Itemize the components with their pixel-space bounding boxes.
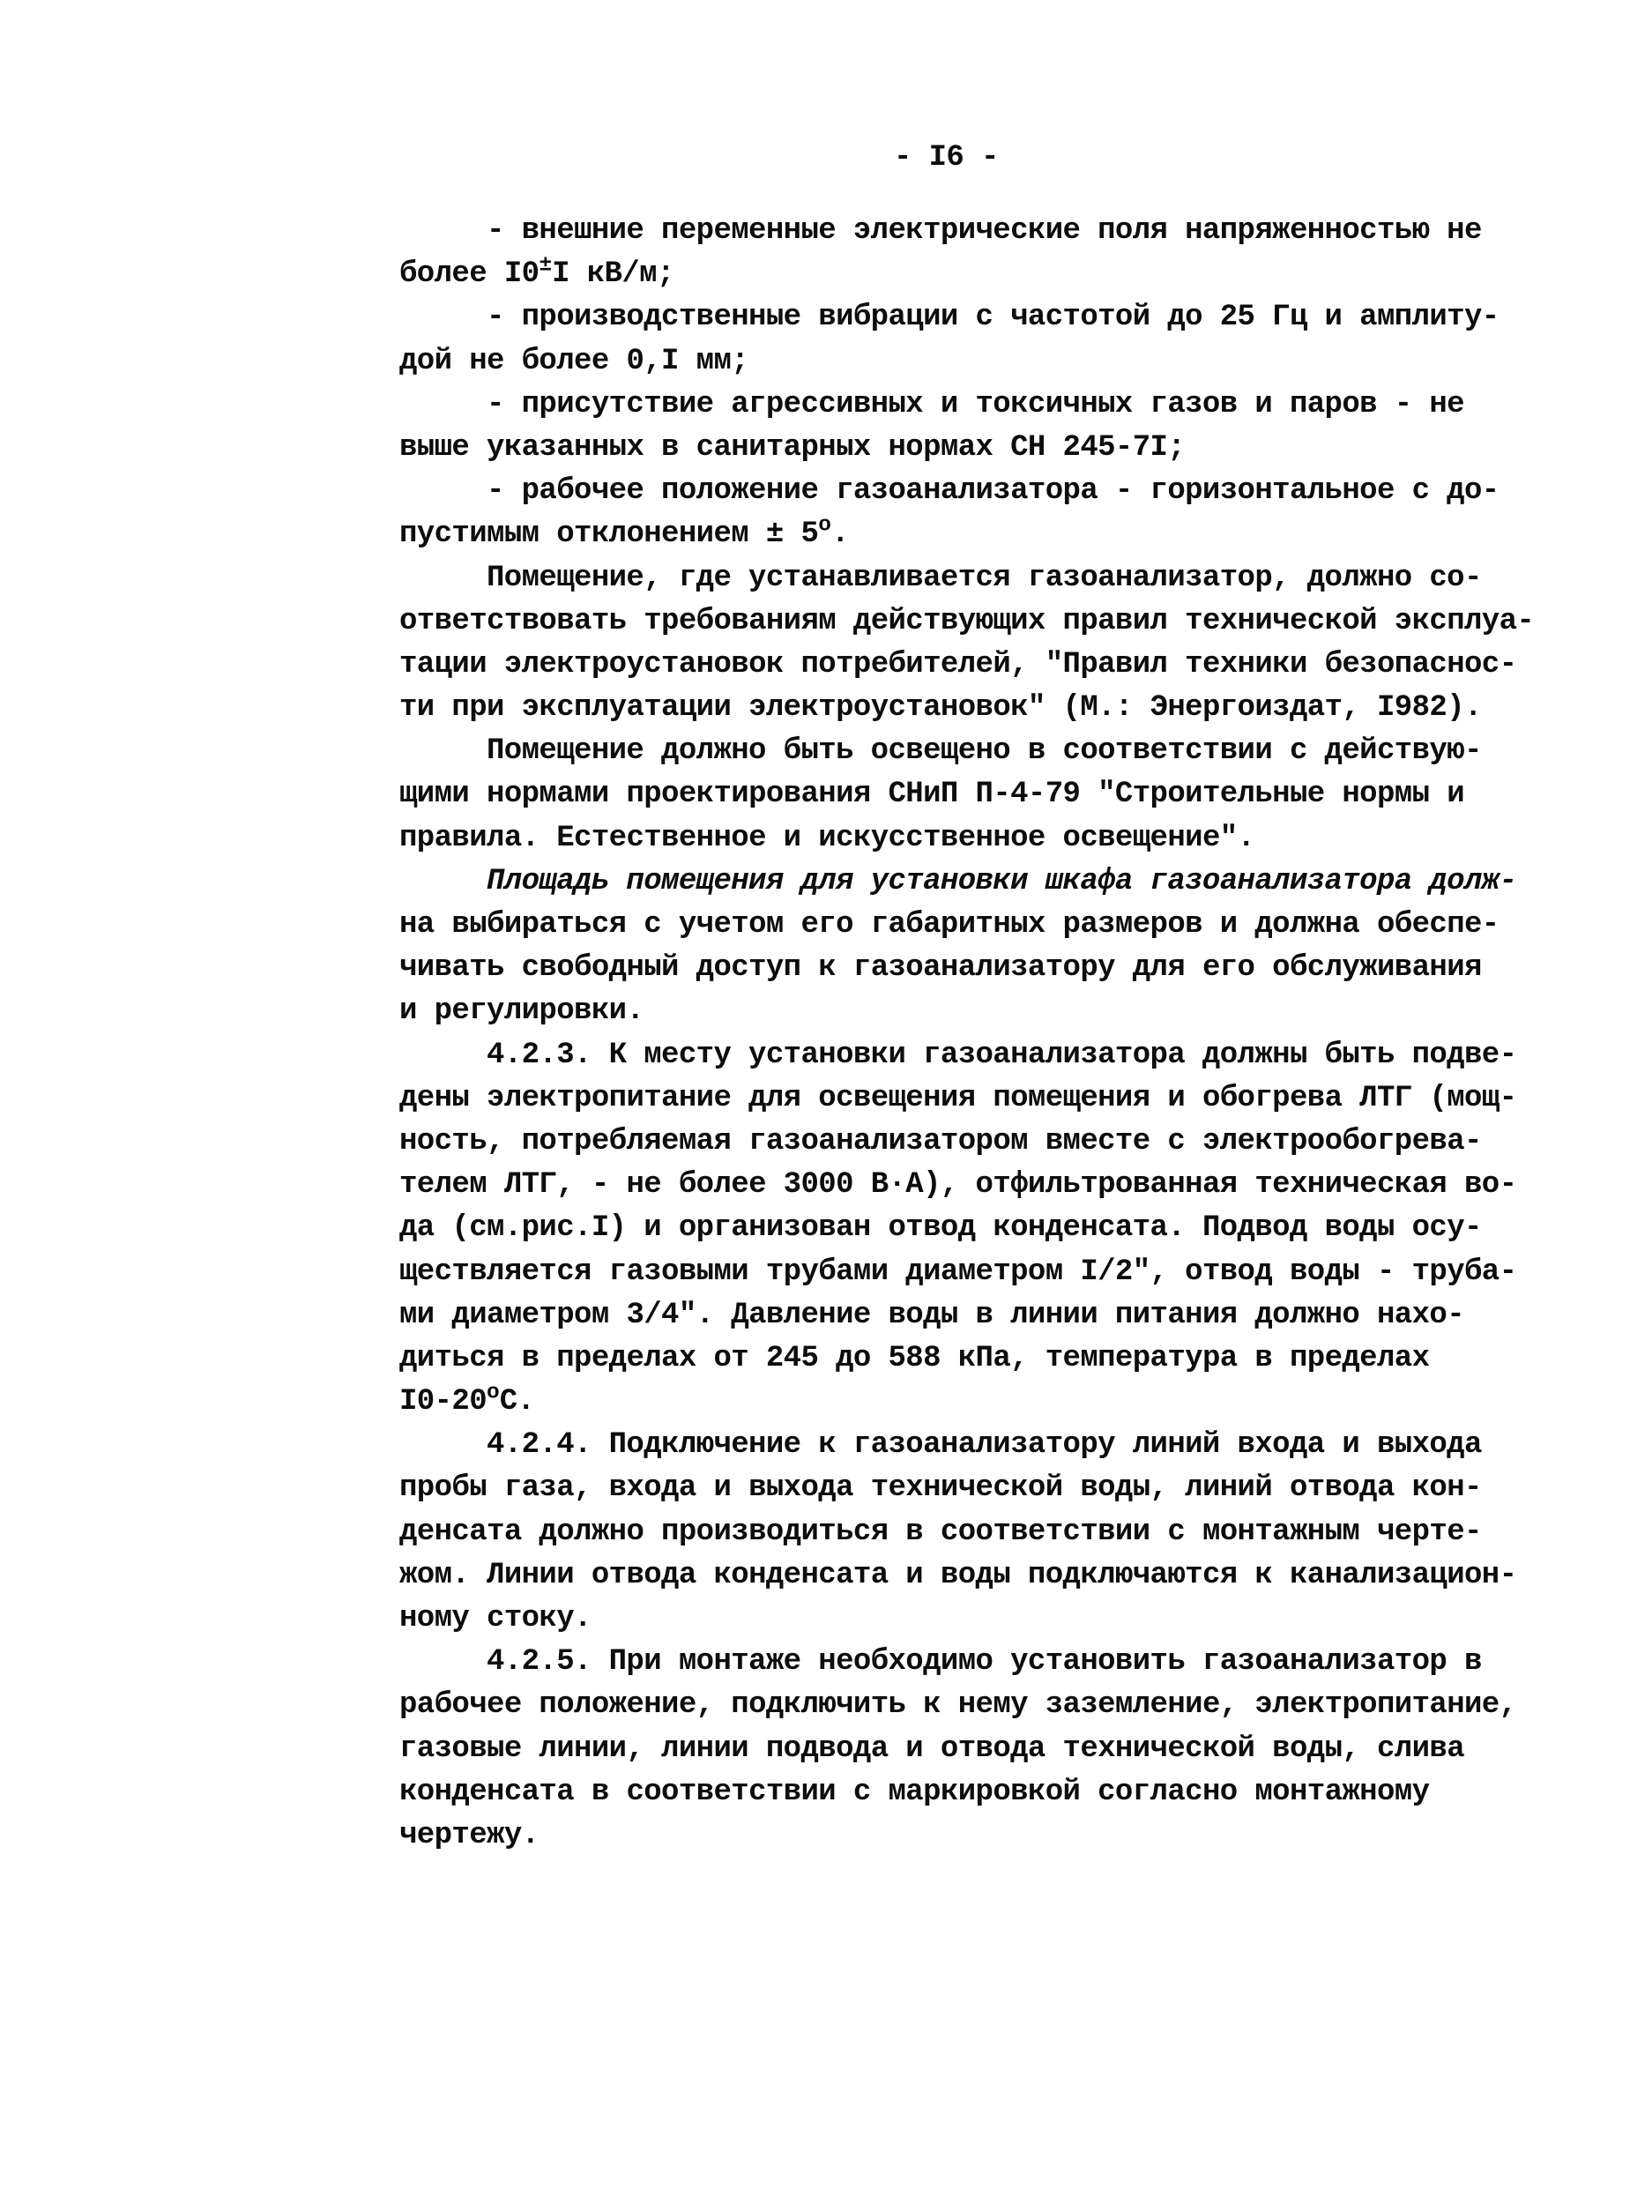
text-line: и регулировки. [399,990,1572,1033]
superscript-text: о [818,514,831,538]
text-segment: и регулировки. [399,994,644,1028]
text-segment: дены электропитание для освещения помеще… [399,1082,1516,1115]
text-segment: на выбираться с учетом его габаритных ра… [399,908,1499,942]
text-segment: газовые линии, линии подвода и отвода те… [399,1732,1464,1766]
text-line: 4.2.5. При монтаже необходимо установить… [399,1641,1572,1684]
text-line: конденсата в соответствии с маркировкой … [399,1771,1572,1814]
text-segment: пробы газа, входа и выхода технической в… [399,1471,1482,1505]
text-segment: Помещение должно быть освещено в соответ… [487,734,1482,768]
text-line: денсата должно производиться в соответст… [399,1511,1572,1554]
text-segment: правила. Естественное и искусственное ос… [399,822,1254,855]
text-segment: рабочее положение, подключить к нему заз… [399,1688,1516,1722]
text-line: - внешние переменные электрические поля … [399,210,1572,253]
text-line: I0-20оС. [399,1381,1572,1424]
text-segment: пустимым отклонением ± 5 [399,518,818,551]
text-segment: более I0 [399,257,539,291]
text-segment: - присутствие агрессивных и токсичных га… [487,388,1464,421]
text-segment: да (см.рис.I) и организован отвод конден… [399,1211,1482,1245]
text-line: ти при эксплуатации электроустановок" (М… [399,687,1572,730]
text-segment: ность, потребляемая газоанализатором вме… [399,1125,1482,1158]
text-line: дой не более 0,I мм; [399,340,1572,384]
text-line: более I0±I кВ/м; [399,253,1572,296]
text-line: Помещение должно быть освещено в соответ… [399,730,1572,773]
text-line: Площадь помещения для установки шкафа га… [399,860,1572,904]
text-segment: I0-20 [399,1385,487,1419]
text-segment: чивать свободный доступ к газоанализатор… [399,951,1482,985]
text-segment: . [831,518,849,551]
text-line: дены электропитание для освещения помеще… [399,1077,1572,1121]
superscript-text: о [487,1382,500,1405]
document-page: - I6 - - внешние переменные электрически… [0,0,1652,2212]
text-segment: - производственные вибрации с частотой д… [487,301,1499,334]
text-segment: денсата должно производиться в соответст… [399,1516,1482,1549]
text-segment: тации электроустановок потребителей, "Пр… [399,648,1516,681]
text-line: чивать свободный доступ к газоанализатор… [399,947,1572,990]
text-line: выше указанных в санитарных нормах СН 24… [399,427,1572,470]
text-segment: Площадь помещения для установки шкафа га… [487,865,1516,898]
text-segment: ществляется газовыми трубами диаметром I… [399,1255,1516,1289]
text-segment: - внешние переменные электрические поля … [487,214,1482,248]
text-line: ному стоку. [399,1598,1572,1641]
text-segment: I кВ/м; [552,257,674,291]
text-segment: ному стоку. [399,1602,592,1635]
text-line: пустимым отклонением ± 5о. [399,513,1572,556]
text-segment: С. [500,1385,535,1419]
text-segment: выше указанных в санитарных нормах СН 24… [399,431,1185,465]
text-segment: - рабочее положение газоанализатора - го… [487,474,1499,508]
page-number: - I6 - [894,141,999,175]
text-line: ответствовать требованиям действующих пр… [399,600,1572,644]
text-line: - присутствие агрессивных и токсичных га… [399,384,1572,427]
text-line: пробы газа, входа и выхода технической в… [399,1467,1572,1510]
text-line: да (см.рис.I) и организован отвод конден… [399,1207,1572,1250]
text-segment: дой не более 0,I мм; [399,345,748,378]
superscript-text: ± [539,254,552,278]
text-segment: ответствовать требованиям действующих пр… [399,605,1534,638]
text-line: ми диаметром 3/4". Давление воды в линии… [399,1294,1572,1337]
text-line: - рабочее положение газоанализатора - го… [399,470,1572,513]
text-segment: ти при эксплуатации электроустановок" (М… [399,691,1482,725]
text-line: 4.2.3. К месту установки газоанализатора… [399,1034,1572,1077]
text-line: газовые линии, линии подвода и отвода те… [399,1728,1572,1771]
text-segment: чертежу. [399,1819,539,1852]
text-segment: диться в пределах от 245 до 588 кПа, тем… [399,1342,1429,1375]
text-line: тации электроустановок потребителей, "Пр… [399,644,1572,687]
text-line: чертежу. [399,1814,1572,1858]
text-line: ность, потребляемая газоанализатором вме… [399,1121,1572,1164]
text-segment: Помещение, где устанавливается газоанали… [487,562,1482,595]
text-segment: 4.2.4. Подключение к газоанализатору лин… [487,1428,1482,1462]
text-line: диться в пределах от 245 до 588 кПа, тем… [399,1337,1572,1381]
text-segment: конденсата в соответствии с маркировкой … [399,1776,1429,1809]
text-segment: ми диаметром 3/4". Давление воды в линии… [399,1299,1464,1332]
text-segment: 4.2.3. К месту установки газоанализатора… [487,1039,1516,1072]
text-block: - внешние переменные электрические поля … [399,210,1572,1858]
text-segment: 4.2.5. При монтаже необходимо установить… [487,1645,1482,1679]
text-segment: телем ЛТГ, - не более 3000 В·А), отфильт… [399,1168,1516,1202]
text-line: 4.2.4. Подключение к газоанализатору лин… [399,1424,1572,1467]
text-line: Помещение, где устанавливается газоанали… [399,557,1572,600]
text-segment: щими нормами проектирования СНиП П-4-79 … [399,778,1464,811]
text-line: правила. Естественное и искусственное ос… [399,817,1572,860]
text-line: жом. Линии отвода конденсата и воды подк… [399,1554,1572,1598]
text-line: ществляется газовыми трубами диаметром I… [399,1251,1572,1294]
text-line: щими нормами проектирования СНиП П-4-79 … [399,773,1572,816]
text-line: - производственные вибрации с частотой д… [399,296,1572,339]
text-line: на выбираться с учетом его габаритных ра… [399,904,1572,947]
text-line: телем ЛТГ, - не более 3000 В·А), отфильт… [399,1164,1572,1207]
text-segment: жом. Линии отвода конденсата и воды подк… [399,1559,1516,1592]
text-line: рабочее положение, подключить к нему заз… [399,1684,1572,1727]
